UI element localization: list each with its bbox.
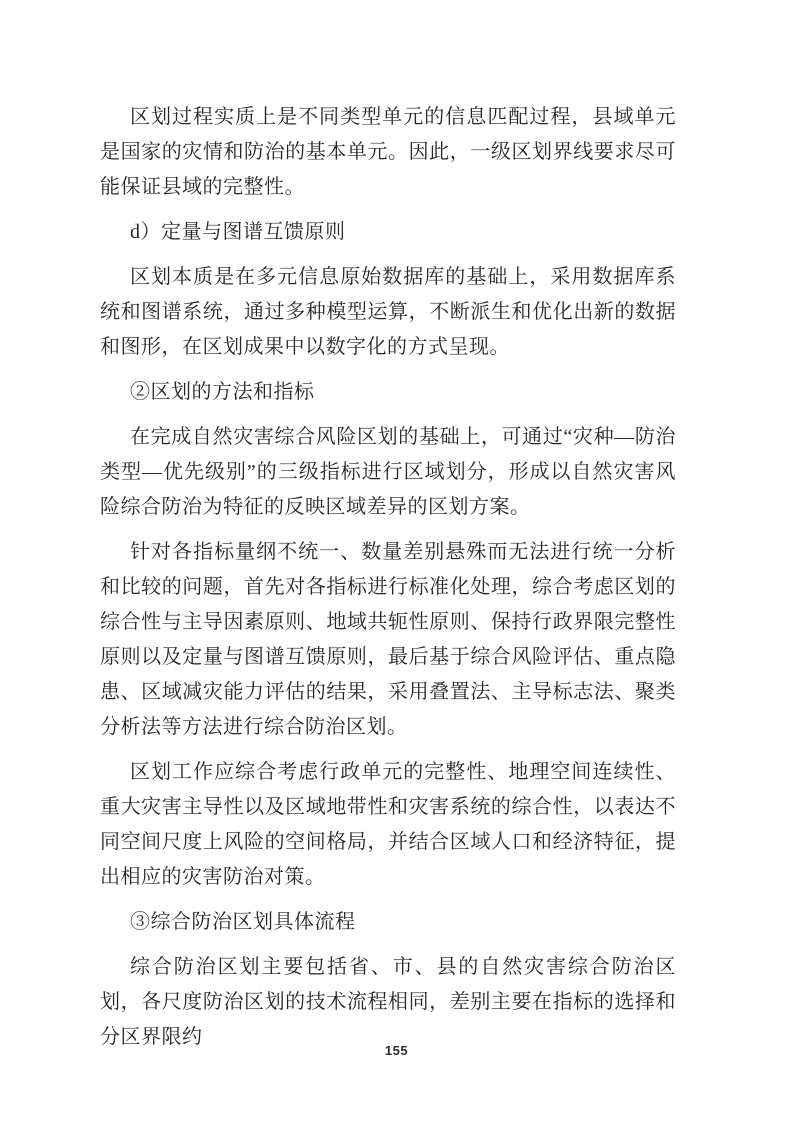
page-footer: 155 [0,1042,793,1060]
paragraph: 综合防治区划主要包括省、市、县的自然灾害综合防治区划，各尺度防治区划的技术流程相… [100,950,676,1055]
page-number: 155 [385,1043,408,1058]
paragraph: 区划本质是在多元信息原始数据库的基础上，采用数据库系统和图谱系统，通过多种模型运… [100,260,676,365]
section-heading: ②区划的方法和指标 [100,375,676,410]
document-page: 区划过程实质上是不同类型单元的信息匹配过程，县域单元是国家的灾情和防治的基本单元… [0,0,793,1122]
paragraph: 在完成自然灾害综合风险区划的基础上，可通过“灾种—防治类型—优先级别”的三级指标… [100,420,676,525]
paragraph: 区划过程实质上是不同类型单元的信息匹配过程，县域单元是国家的灾情和防治的基本单元… [100,100,676,205]
section-heading: ③综合防治区划具体流程 [100,905,676,940]
paragraph: 针对各指标量纲不统一、数量差别悬殊而无法进行统一分析和比较的问题，首先对各指标进… [100,535,676,745]
page-body: 区划过程实质上是不同类型单元的信息匹配过程，县域单元是国家的灾情和防治的基本单元… [100,100,676,1065]
section-heading: d）定量与图谱互馈原则 [100,215,676,250]
paragraph: 区划工作应综合考虑行政单元的完整性、地理空间连续性、重大灾害主导性以及区域地带性… [100,755,676,895]
